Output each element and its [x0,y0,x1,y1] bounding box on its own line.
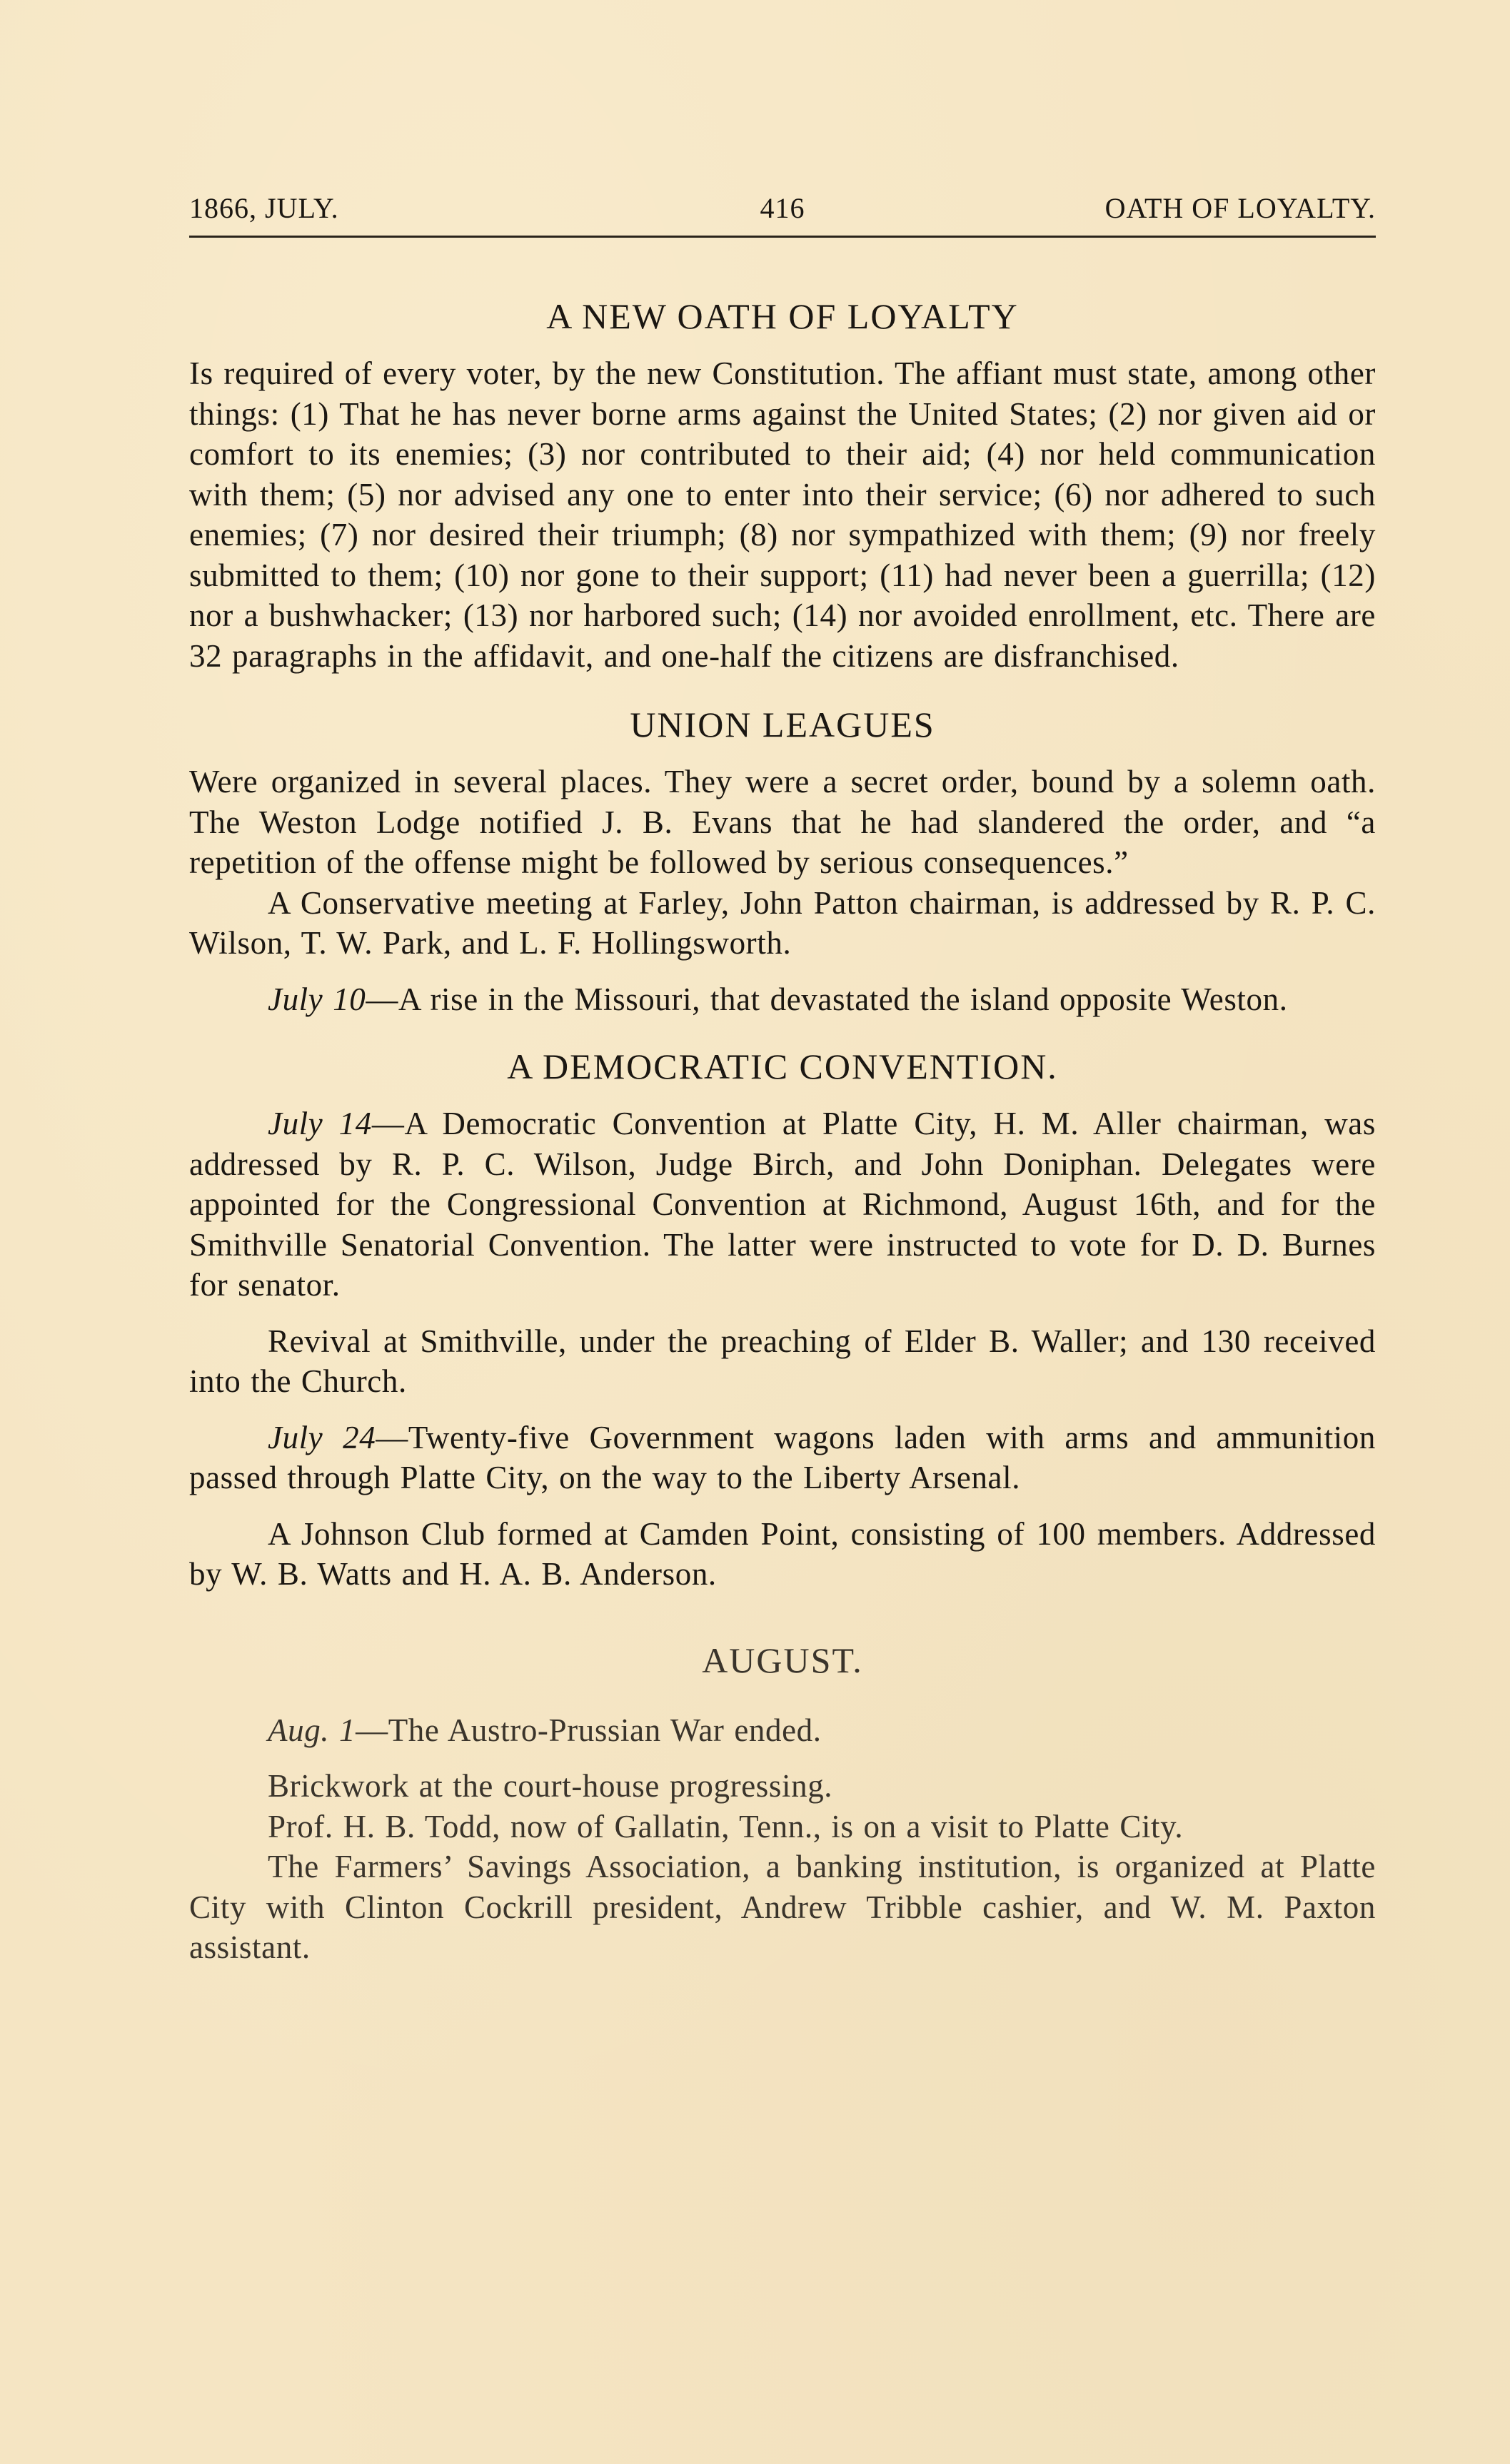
book-page: 1866, JULY. 416 OATH OF LOYALTY. A NEW O… [189,191,1376,1968]
dated-entry: Aug. 1—The Austro-Prussian War ended. [189,1710,1376,1751]
entry-date: July 14 [268,1106,372,1141]
entry-date: Aug. 1 [268,1712,356,1748]
section-heading: UNION LEAGUES [189,703,1376,746]
section-union-leagues: UNION LEAGUES Were organized in several … [189,703,1376,1019]
paragraph: A Conservative meeting at Farley, John P… [189,883,1376,964]
section-heading: A DEMOCRATIC CONVENTION. [189,1045,1376,1088]
header-rule [189,236,1376,238]
section-new-oath: A NEW OATH OF LOYALTY Is required of eve… [189,295,1376,676]
paragraph: Brickwork at the court-house progressing… [189,1766,1376,1807]
dated-entry: July 14—A Democratic Convention at Platt… [189,1104,1376,1306]
running-head-title: OATH OF LOYALTY. [1105,191,1376,226]
paragraph: The Farmers’ Savings Association, a bank… [189,1847,1376,1968]
running-head-date: 1866, JULY. [189,191,339,226]
section-heading: AUGUST. [189,1639,1376,1682]
paragraph: Prof. H. B. Todd, now of Gallatin, Tenn.… [189,1807,1376,1847]
running-head: 1866, JULY. 416 OATH OF LOYALTY. [189,191,1376,238]
paragraph: Were organized in several places. They w… [189,762,1376,883]
section-heading: A NEW OATH OF LOYALTY [189,295,1376,338]
paragraph: Revival at Smithville, under the preachi… [189,1321,1376,1402]
paragraph: Is required of every voter, by the new C… [189,353,1376,676]
dated-entry: July 24—Twenty-five Government wagons la… [189,1418,1376,1498]
entry-date: July 10 [268,981,366,1017]
section-august: AUGUST. Aug. 1—The Austro-Prussian War e… [189,1639,1376,1968]
dated-entry: July 10—A rise in the Missouri, that dev… [189,979,1376,1020]
paragraph: A Johnson Club formed at Camden Point, c… [189,1514,1376,1595]
entry-date: July 24 [268,1420,376,1455]
section-democratic-convention: A DEMOCRATIC CONVENTION. July 14—A Democ… [189,1045,1376,1595]
